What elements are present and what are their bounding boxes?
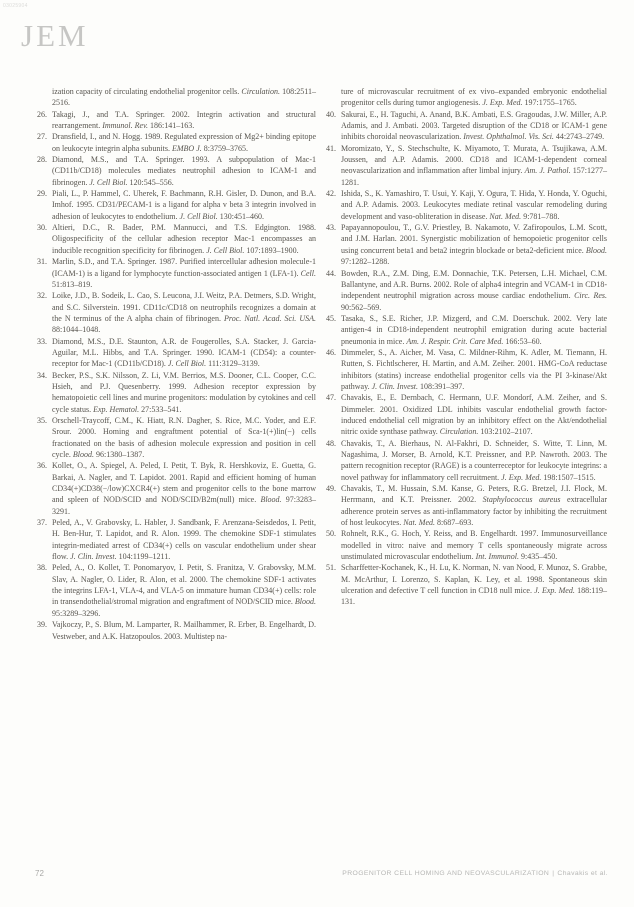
reference-number: 39. xyxy=(37,619,52,630)
reference-item: 43.Papayannopoulou, T., G.V. Priestley, … xyxy=(326,222,607,267)
reference-number: 41. xyxy=(326,143,341,154)
reference-text: Chavakis, E., E. Dernbach, C. Hermann, U… xyxy=(341,393,607,436)
print-registration-code: 03025904 xyxy=(3,3,28,9)
reference-carryover-text: ture of microvascular recruitment of ex … xyxy=(326,86,607,109)
reference-text: Marlin, S.D., and T.A. Springer. 1987. P… xyxy=(52,257,316,289)
reference-item: 29.Piali, L., P. Hammel, C. Uherek, F. B… xyxy=(37,188,316,222)
reference-number: 43. xyxy=(326,222,341,233)
reference-number: 45. xyxy=(326,313,341,324)
reference-number: 37. xyxy=(37,517,52,528)
reference-item: 40.Sakurai, E., H. Taguchi, A. Anand, B.… xyxy=(326,109,607,143)
reference-text: Bowden, R.A., Z.M. Ding, E.M. Donnachie,… xyxy=(341,269,607,312)
running-title-separator: | xyxy=(552,870,554,877)
reference-text: Altieri, D.C., R. Bader, P.M. Mannucci, … xyxy=(52,223,316,255)
reference-number: 47. xyxy=(326,392,341,403)
reference-text: Moromizato, Y., S. Stechschulte, K. Miya… xyxy=(341,144,607,187)
reference-text: Papayannopoulou, T., G.V. Priestley, B. … xyxy=(341,223,607,266)
reference-number: 42. xyxy=(326,188,341,199)
references-column-left: ization capacity of circulating endothel… xyxy=(37,86,316,642)
reference-text: Becker, P.S., S.K. Nilsson, Z. Li, V.M. … xyxy=(52,371,316,414)
reference-number: 29. xyxy=(37,188,52,199)
reference-item: 39.Vajkoczy, P., S. Blum, M. Lamparter, … xyxy=(37,619,316,642)
reference-item: 34.Becker, P.S., S.K. Nilsson, Z. Li, V.… xyxy=(37,370,316,415)
reference-text: Diamond, M.S., D.E. Staunton, A.R. de Fo… xyxy=(52,337,316,369)
reference-number: 26. xyxy=(37,109,52,120)
reference-text: Vajkoczy, P., S. Blum, M. Lamparter, R. … xyxy=(52,620,316,640)
reference-number: 34. xyxy=(37,370,52,381)
reference-list-left: 26.Takagi, J., and T.A. Springer. 2002. … xyxy=(37,109,316,642)
reference-text: Sakurai, E., H. Taguchi, A. Anand, B.K. … xyxy=(341,110,607,142)
reference-item: 35.Orschell-Traycoff, C.M., K. Hiatt, R.… xyxy=(37,415,316,460)
reference-item: 46.Dimmeler, S., A. Aicher, M. Vasa, C. … xyxy=(326,347,607,392)
page-number: 72 xyxy=(35,869,44,878)
reference-item: 48.Chavakis, T., A. Bierhaus, N. Al-Fakh… xyxy=(326,438,607,483)
reference-number: 33. xyxy=(37,336,52,347)
journal-page: 03025904 JEM ization capacity of circula… xyxy=(0,0,634,907)
reference-item: 27.Dransfield, I., and N. Hogg. 1989. Re… xyxy=(37,131,316,154)
reference-number: 48. xyxy=(326,438,341,449)
reference-carryover-text: ization capacity of circulating endothel… xyxy=(37,86,316,109)
reference-number: 40. xyxy=(326,109,341,120)
reference-item: 32.Loike, J.D., B. Sodeik, L. Cao, S. Le… xyxy=(37,290,316,335)
reference-item: 30.Altieri, D.C., R. Bader, P.M. Mannucc… xyxy=(37,222,316,256)
page-footer: 72 PROGENITOR CELL HOMING AND NEOVASCULA… xyxy=(0,869,634,883)
reference-item: 42.Ishida, S., K. Yamashiro, T. Usui, Y.… xyxy=(326,188,607,222)
reference-text: Chavakis, T., M. Hussain, S.M. Kanse, G.… xyxy=(341,484,607,527)
reference-number: 28. xyxy=(37,154,52,165)
reference-item: 37.Peled, A., V. Grabovsky, L. Habler, J… xyxy=(37,517,316,562)
reference-item: 45.Tasaka, S., S.E. Richer, J.P. Mizgerd… xyxy=(326,313,607,347)
reference-text: Scharffetter-Kochanek, K., H. Lu, K. Nor… xyxy=(341,563,607,606)
reference-number: 46. xyxy=(326,347,341,358)
reference-text: Peled, A., O. Kollet, T. Ponomaryov, I. … xyxy=(52,563,316,617)
running-title: PROGENITOR CELL HOMING AND NEOVASCULARIZ… xyxy=(342,870,608,877)
running-title-authors: Chavakis et al. xyxy=(557,870,608,877)
reference-item: 41.Moromizato, Y., S. Stechschulte, K. M… xyxy=(326,143,607,188)
reference-list-right: 40.Sakurai, E., H. Taguchi, A. Anand, B.… xyxy=(326,109,607,608)
reference-number: 50. xyxy=(326,528,341,539)
reference-item: 38.Peled, A., O. Kollet, T. Ponomaryov, … xyxy=(37,562,316,619)
reference-item: 26.Takagi, J., and T.A. Springer. 2002. … xyxy=(37,109,316,132)
reference-text: Piali, L., P. Hammel, C. Uherek, F. Bach… xyxy=(52,189,316,221)
reference-text: Rohnelt, R.K., G. Hoch, Y. Reiss, and B.… xyxy=(341,529,607,561)
reference-number: 27. xyxy=(37,131,52,142)
reference-item: 51.Scharffetter-Kochanek, K., H. Lu, K. … xyxy=(326,562,607,607)
reference-text: Diamond, M.S., and T.A. Springer. 1993. … xyxy=(52,155,316,187)
reference-item: 33.Diamond, M.S., D.E. Staunton, A.R. de… xyxy=(37,336,316,370)
reference-number: 36. xyxy=(37,460,52,471)
reference-number: 49. xyxy=(326,483,341,494)
reference-text: Takagi, J., and T.A. Springer. 2002. Int… xyxy=(52,110,316,130)
reference-item: 49.Chavakis, T., M. Hussain, S.M. Kanse,… xyxy=(326,483,607,528)
reference-number: 35. xyxy=(37,415,52,426)
reference-text: Tasaka, S., S.E. Richer, J.P. Mizgerd, a… xyxy=(341,314,607,346)
reference-number: 51. xyxy=(326,562,341,573)
reference-text: Dimmeler, S., A. Aicher, M. Vasa, C. Mil… xyxy=(341,348,607,391)
reference-text: Orschell-Traycoff, C.M., K. Hiatt, R.N. … xyxy=(52,416,316,459)
reference-text: Ishida, S., K. Yamashiro, T. Usui, Y. Ka… xyxy=(341,189,607,221)
reference-number: 30. xyxy=(37,222,52,233)
jem-journal-logo: JEM xyxy=(21,18,89,54)
reference-number: 32. xyxy=(37,290,52,301)
reference-item: 31.Marlin, S.D., and T.A. Springer. 1987… xyxy=(37,256,316,290)
references-column-right: ture of microvascular recruitment of ex … xyxy=(326,86,607,608)
reference-number: 44. xyxy=(326,268,341,279)
reference-text: Kollet, O., A. Spiegel, A. Peled, I. Pet… xyxy=(52,461,316,515)
reference-number: 38. xyxy=(37,562,52,573)
reference-text: Peled, A., V. Grabovsky, L. Habler, J. S… xyxy=(52,518,316,561)
reference-number: 31. xyxy=(37,256,52,267)
reference-text: Dransfield, I., and N. Hogg. 1989. Regul… xyxy=(52,132,316,152)
reference-item: 50.Rohnelt, R.K., G. Hoch, Y. Reiss, and… xyxy=(326,528,607,562)
reference-item: 28.Diamond, M.S., and T.A. Springer. 199… xyxy=(37,154,316,188)
reference-item: 44.Bowden, R.A., Z.M. Ding, E.M. Donnach… xyxy=(326,268,607,313)
reference-text: Chavakis, T., A. Bierhaus, N. Al-Fakhri,… xyxy=(341,439,607,482)
reference-item: 47.Chavakis, E., E. Dernbach, C. Hermann… xyxy=(326,392,607,437)
running-title-text: PROGENITOR CELL HOMING AND NEOVASCULARIZ… xyxy=(342,870,549,877)
reference-text: Loike, J.D., B. Sodeik, L. Cao, S. Leuco… xyxy=(52,291,316,334)
reference-item: 36.Kollet, O., A. Spiegel, A. Peled, I. … xyxy=(37,460,316,517)
